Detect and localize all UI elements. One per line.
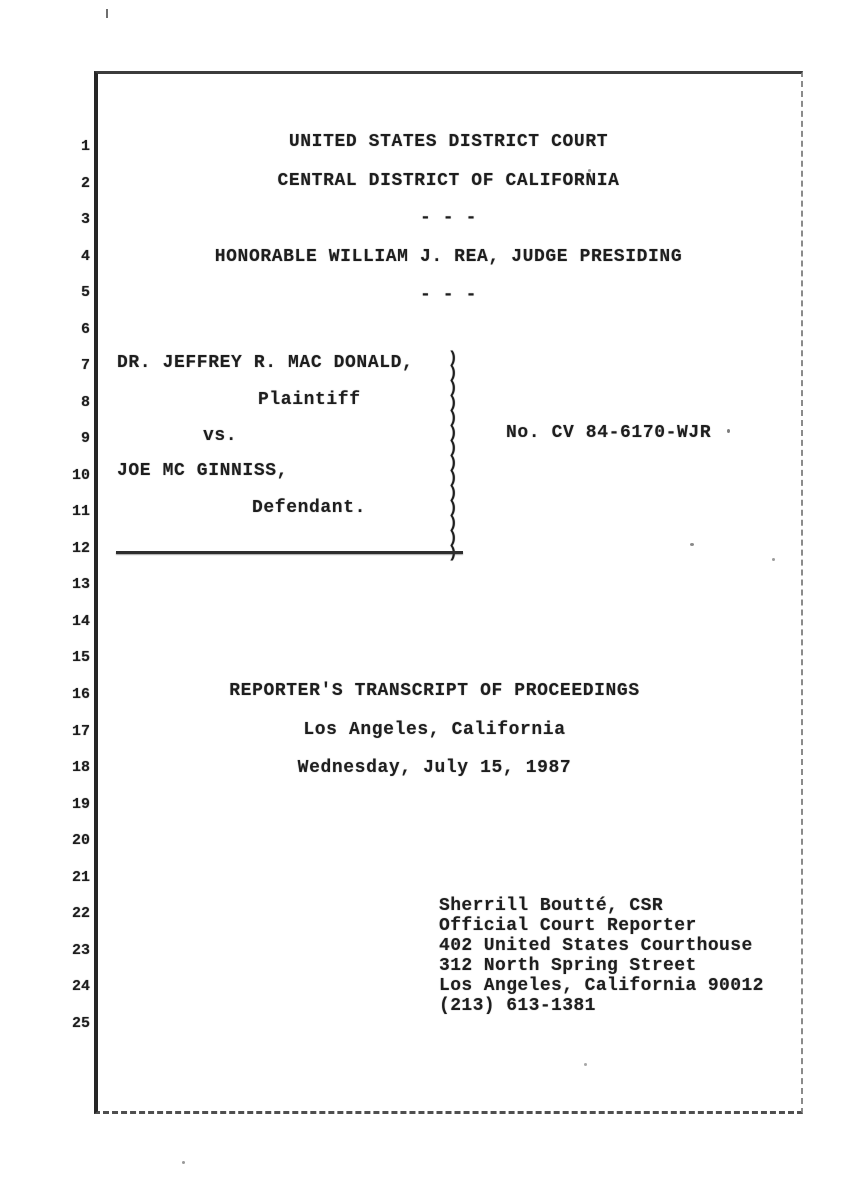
line-number: 9 (81, 431, 90, 446)
scanned-transcript-page: { "colors": { "ink": "#1e1e1e", "paper":… (0, 0, 860, 1199)
transcript-date: Wednesday, July 15, 1987 (80, 758, 789, 778)
line-number: 22 (72, 906, 90, 921)
transcript-location: Los Angeles, California (80, 720, 789, 740)
line-number: 23 (72, 943, 90, 958)
separator-dashes: - - - (94, 208, 803, 228)
reporter-info-line: Sherrill Boutté, CSR (439, 896, 764, 916)
line-number: 10 (72, 468, 90, 483)
reporter-info-block: Sherrill Boutté, CSROfficial Court Repor… (439, 896, 764, 1016)
line-number: 11 (72, 504, 90, 519)
line-number: 14 (72, 614, 90, 629)
line-number-rail: 1234567891011121314151617181920212223242… (54, 139, 90, 1031)
scan-speck (772, 558, 775, 561)
line-number: 25 (72, 1016, 90, 1031)
line-number: 12 (72, 541, 90, 556)
line-number: 15 (72, 650, 90, 665)
scan-speck (182, 1161, 185, 1164)
line-number: 19 (72, 797, 90, 812)
line-number: 13 (72, 577, 90, 592)
line-number: 5 (81, 285, 90, 300)
separator-dashes: - - - (94, 285, 803, 305)
court-name: UNITED STATES DISTRICT COURT (94, 132, 803, 152)
line-number: 7 (81, 358, 90, 373)
plaintiff-role-label: Plaintiff (258, 390, 361, 410)
reporter-info-line: (213) 613-1381 (439, 996, 764, 1016)
judge-line: HONORABLE WILLIAM J. REA, JUDGE PRESIDIN… (94, 247, 803, 267)
reporter-info-line: 312 North Spring Street (439, 956, 764, 976)
versus-label: vs. (203, 426, 237, 446)
line-number: 2 (81, 176, 90, 191)
scan-speck (106, 9, 108, 18)
transcript-title: REPORTER'S TRANSCRIPT OF PROCEEDINGS (80, 681, 789, 701)
district-name: CENTRAL DISTRICT OF CALIFORNIA (94, 171, 803, 191)
line-number: 6 (81, 322, 90, 337)
line-number: 20 (72, 833, 90, 848)
scan-speck (690, 543, 694, 546)
reporter-info-line: Los Angeles, California 90012 (439, 976, 764, 996)
line-number: 3 (81, 212, 90, 227)
line-number: 8 (81, 395, 90, 410)
reporter-info-line: Official Court Reporter (439, 916, 764, 936)
caption-paren-rail: )))))))))))))) (448, 352, 458, 560)
line-number: 24 (72, 979, 90, 994)
line-number: 21 (72, 870, 90, 885)
line-number: 1 (81, 139, 90, 154)
reporter-info-line: 402 United States Courthouse (439, 936, 764, 956)
caption-underline (116, 551, 463, 554)
plaintiff-name: DR. JEFFREY R. MAC DONALD, (117, 353, 413, 373)
transcript-title-block: REPORTER'S TRANSCRIPT OF PROCEEDINGS Los… (80, 681, 789, 778)
scan-speck (588, 169, 591, 172)
scan-speck (584, 1063, 587, 1066)
line-number: 4 (81, 249, 90, 264)
scan-speck (727, 429, 730, 433)
court-header: UNITED STATES DISTRICT COURT CENTRAL DIS… (94, 132, 803, 305)
case-number: No. CV 84-6170-WJR (506, 423, 711, 443)
defendant-name: JOE MC GINNISS, (117, 461, 288, 481)
defendant-role-label: Defendant. (252, 498, 366, 518)
